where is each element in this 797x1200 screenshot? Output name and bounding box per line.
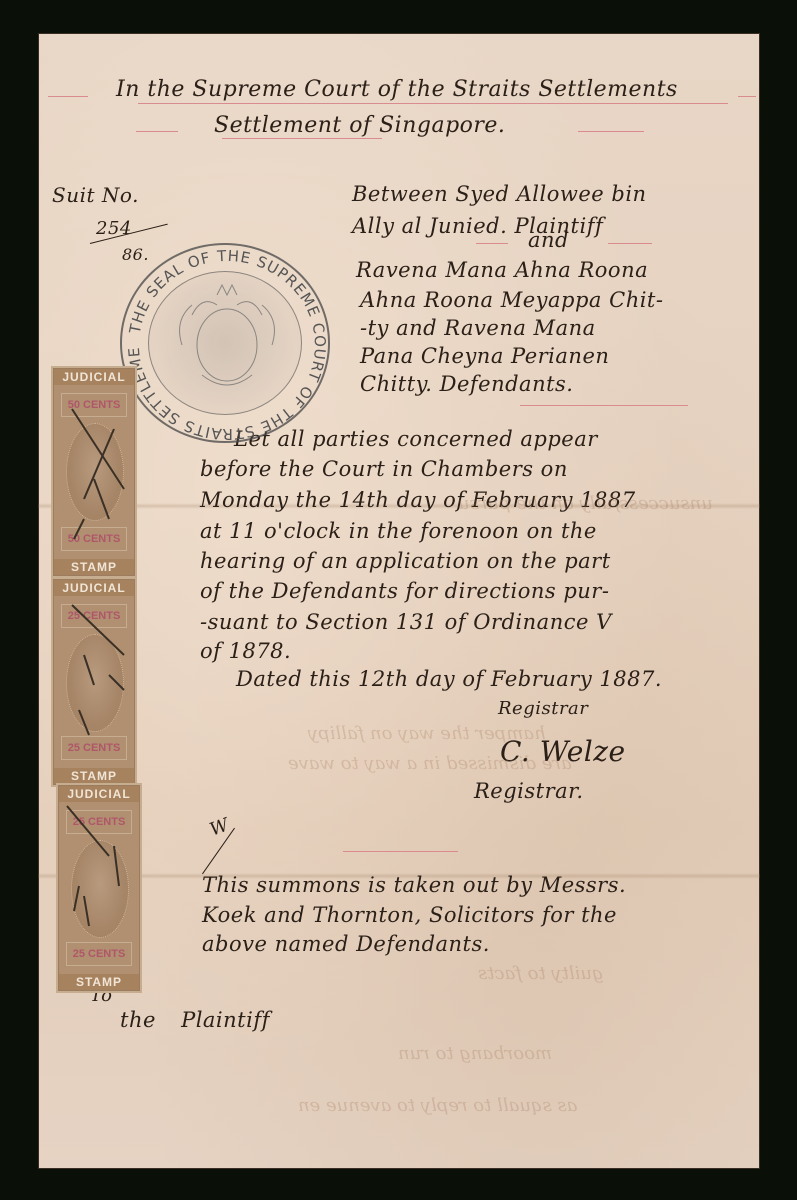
red-rule: [738, 96, 756, 97]
bleed-through-text: hamper the way on fallipy: [308, 723, 546, 744]
parties-and: and: [528, 228, 569, 252]
court-heading: In the Supreme Court of the Straits Sett…: [116, 77, 678, 102]
dated-line: Dated this 12th day of February 1887.: [236, 667, 662, 691]
cancellation-mark-icon: [54, 369, 134, 575]
cancellation-mark-icon: [54, 580, 134, 784]
taken-out-line: This summons is taken out by Messrs.: [202, 873, 626, 897]
seal-coat-of-arms: [148, 271, 302, 415]
defendants-underline: [520, 405, 688, 406]
parties-line: Between Syed Allowee bin: [352, 182, 647, 206]
bleed-through-text: are dismissed in a way to wave: [288, 753, 572, 774]
judicial-stamp-25-cents: JUDICIAL 25 CENTS 25 CENTS STAMP: [58, 785, 140, 991]
red-rule: [608, 243, 652, 244]
judicial-stamp-50-cents: JUDICIAL 50 CENTS 50 CENTS STAMP: [53, 368, 135, 576]
body-line: -suant to Section 131 of Ordinance V: [200, 610, 612, 634]
red-rule: [476, 243, 508, 244]
addressee-name: the Plaintiff: [120, 1008, 270, 1032]
parties-line: Ahna Roona Meyappa Chit-: [360, 288, 663, 312]
heading-underline: [222, 138, 382, 139]
bleed-through-text: guilty to facts: [478, 963, 604, 984]
signature-scrawl: Registrar: [498, 698, 588, 719]
parties-line: Chitty. Defendants.: [360, 372, 573, 396]
bleed-through-text: unsuccessfully on the pursu: [458, 493, 713, 514]
body-line: before the Court in Chambers on: [200, 457, 568, 481]
body-line: hearing of an application on the part: [200, 549, 611, 573]
court-seal: THE SEAL OF THE SUPREME COURT OF THE STR…: [120, 243, 330, 443]
parties-line: Pana Cheyna Perianen: [360, 344, 609, 368]
taken-out-line: above named Defendants.: [202, 932, 490, 956]
red-rule: [48, 96, 88, 97]
heading-underline: [138, 103, 728, 104]
registrar-title: Registrar.: [474, 779, 584, 803]
body-line: of 1878.: [200, 639, 291, 663]
red-rule: [343, 851, 458, 852]
parties-line: Ravena Mana Ahna Roona: [356, 258, 648, 282]
body-line: of the Defendants for directions pur-: [200, 579, 609, 603]
red-rule: [136, 131, 178, 132]
judicial-stamp-25-cents: JUDICIAL 25 CENTS 25 CENTS STAMP: [53, 579, 135, 785]
body-line: at 11 o'clock in the forenoon on the: [200, 519, 597, 543]
red-rule: [578, 131, 644, 132]
parties-line: -ty and Ravena Mana: [360, 316, 596, 340]
settlement-heading: Settlement of Singapore.: [214, 113, 505, 138]
suit-label: Suit No.: [52, 183, 139, 207]
document-page: In the Supreme Court of the Straits Sett…: [38, 33, 760, 1169]
cancellation-mark-icon: [59, 786, 139, 990]
bleed-through-text: moorbang to run: [398, 1043, 552, 1064]
taken-out-line: Koek and Thornton, Solicitors for the: [202, 903, 617, 927]
bleed-through-text: as squall to reply to avenue en: [298, 1095, 577, 1116]
